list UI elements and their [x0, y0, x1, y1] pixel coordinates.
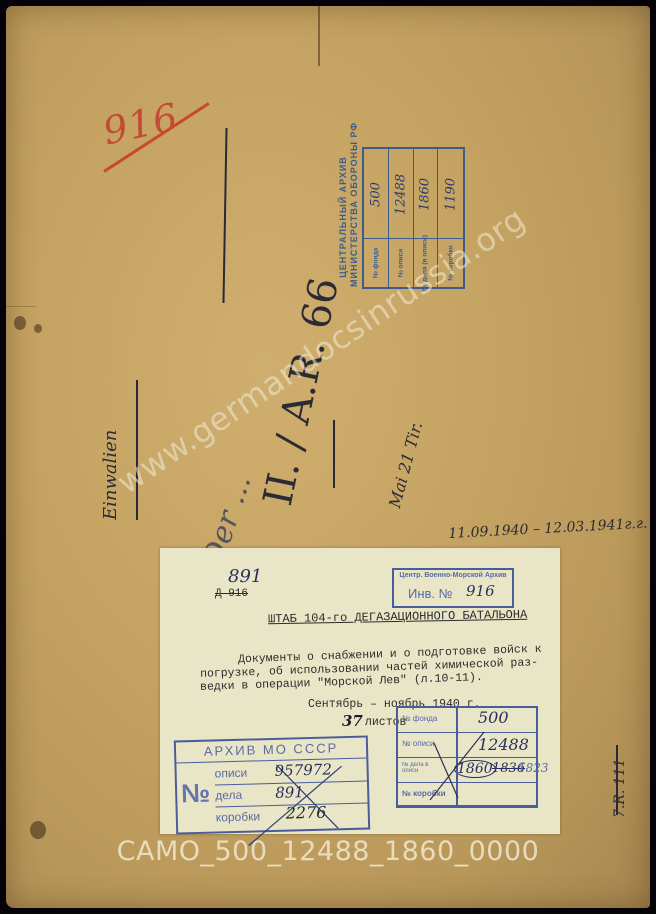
tear-crease	[318, 6, 320, 66]
stamp-title-line2: МИНИСТЕРСТВА ОБОРОНЫ РФ	[349, 147, 360, 287]
naval-archive-inventory-stamp: Центр. Военно-Морской Архив Инв. № 916	[392, 568, 514, 608]
image-caption: CAMO_500_12488_1860_0000	[0, 836, 656, 867]
cross-out-stroke	[428, 728, 488, 803]
number-sign: №	[181, 778, 211, 810]
row-label: № фонда	[402, 714, 437, 723]
archive-mo-ussr-stamp: АРХИВ МО СССР № описи 957972 дела 891 ко…	[174, 735, 370, 834]
fund-value: 500	[368, 182, 383, 207]
stamp-col-fund: 500 № фонда	[364, 149, 389, 287]
ink-stroke	[333, 420, 335, 488]
fold-crease	[6, 306, 36, 307]
stain	[14, 316, 26, 330]
stain	[34, 324, 42, 333]
inv-stamp-label: Инв. №	[408, 586, 453, 601]
fund-label: № фонда	[372, 248, 379, 278]
inventory-new-number: 891	[228, 566, 262, 587]
file-value: 1860	[418, 178, 433, 211]
inv-stamp-value: 916	[466, 582, 495, 600]
stamp-title: ЦЕНТРАЛЬНЫЙ АРХИВ МИНИСТЕРСТВА ОБОРОНЫ Р…	[338, 147, 360, 287]
extra-value: 1823	[518, 761, 549, 775]
handwriting-right-margin: 7.R. 111	[612, 758, 628, 818]
sheets-count: 37	[342, 712, 363, 730]
unit-heading: ШТАБ 104-го ДЕГАЗАЦИОННОГО БАТАЛЬОНА	[268, 608, 527, 627]
box-value: 1190	[443, 178, 458, 211]
inv-stamp-header: Центр. Военно-Морской Архив	[394, 572, 512, 579]
row-value: 500	[478, 708, 509, 727]
stamp-title-line1: ЦЕНТРАЛЬНЫЙ АРХИВ	[338, 147, 349, 287]
fund-stamp: № фонда 500 № описи 12488 № дела в описи…	[396, 706, 538, 808]
label-card: 891 Д 916 Центр. Военно-Морской Архив Ин…	[160, 548, 560, 834]
inventory-value: 12488	[393, 174, 408, 215]
inventory-old-number: Д 916	[215, 588, 248, 600]
